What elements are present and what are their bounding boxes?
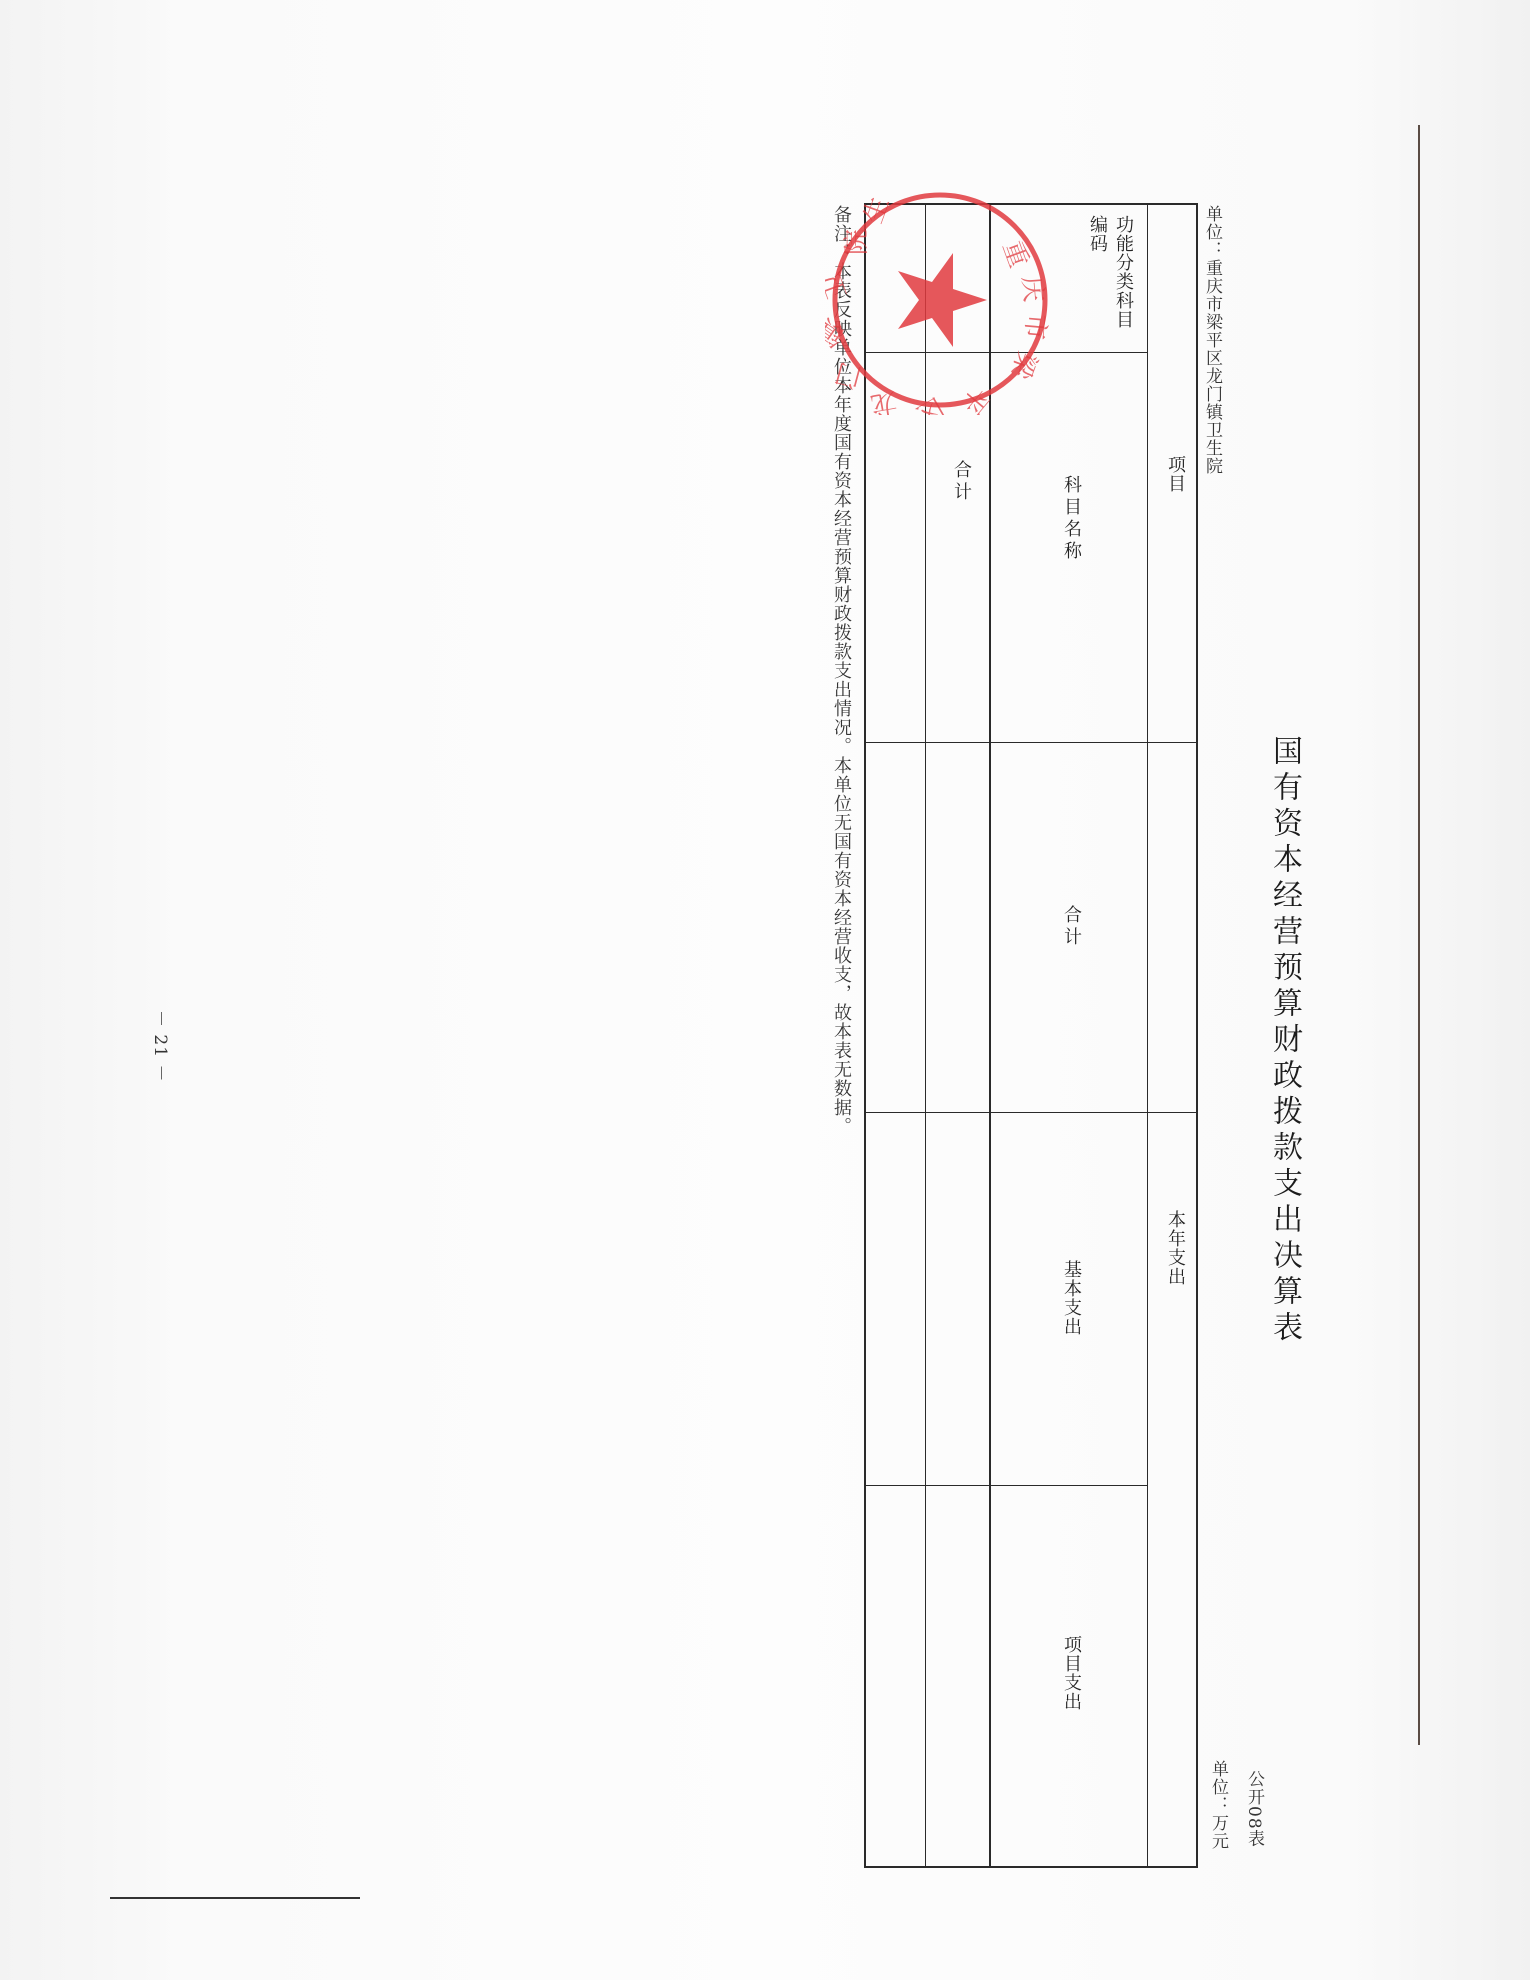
header-project-expenditure: 项目支出 [1058,1635,1084,1711]
page-number: － 21 － [148,1010,173,1082]
svg-text:生: 生 [858,193,895,228]
header-current-year-expenditure: 本年支出 [1162,1210,1188,1286]
table-rule [864,1485,1148,1486]
svg-text:龙: 龙 [868,386,899,415]
svg-text:卫: 卫 [825,268,854,303]
scan-edge-line [1418,125,1420,1745]
currency-unit: 单位：万元 [1206,1760,1231,1850]
unit-label: 单位：重庆市梁平区龙门镇卫生院 [1200,205,1225,475]
scan-edge-line [110,1897,360,1899]
table-rule [989,203,991,1868]
svg-text:庆: 庆 [1016,275,1048,304]
seal-icon: 重 庆 市 梁 平 区 龙 门 镇 院 生 卫 [825,185,1055,415]
svg-text:平: 平 [955,381,995,415]
table-rule [864,1112,1198,1113]
svg-text:院: 院 [842,229,872,255]
row-total-label: 合计 [948,460,974,504]
table-border [864,203,866,1868]
header-item: 项目 [1162,455,1188,493]
table-border [864,1866,1198,1868]
header-total: 合计 [1058,905,1084,949]
svg-text:门: 门 [832,357,865,393]
header-basic-expenditure: 基本支出 [1058,1260,1084,1336]
table-rule [864,742,1198,743]
header-subject-name: 科目名称 [1058,475,1084,563]
form-code: 公开08表 [1242,1770,1267,1848]
page-title: 国有资本经营预算财政拨款支出决算表 [1262,735,1306,1347]
table-rule [1147,203,1148,1868]
table-border [1196,203,1198,1868]
header-function-code-label: 功能分类科目编码 [1087,215,1134,329]
header-function-code: 功能分类科目编码 [1080,215,1136,345]
table-rule [925,203,926,1868]
svg-text:市: 市 [1019,312,1051,341]
